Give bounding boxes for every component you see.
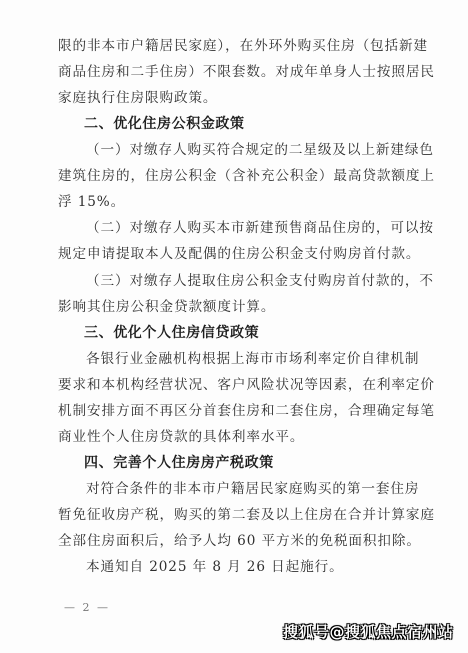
text-line: 各银行业金融机构根据上海市市场利率定价自律机制 [86,348,394,370]
document-page: 限的非本市户籍居民家庭），在外环外购买住房（包括新建商品住房和二手住房）不限套数… [0,0,468,653]
section-heading: 二、优化住房公积金政策 [84,113,245,135]
text-line: 限的非本市户籍居民家庭），在外环外购买住房（包括新建 [58,35,394,57]
text-line: 暂免征收房产税，购买的第二套及以上住房在合并计算家庭 [58,504,394,526]
text-line: 商业性个人住房贷款的具体利率水平。 [58,426,394,448]
section-heading: 三、优化个人住房信贷政策 [84,322,259,344]
text-line: 全部住房面积后，给予人均 60 平方米的免税面积扣除。 [58,530,394,552]
text-line: 家庭执行住房限购政策。 [58,87,394,109]
text-line: 建筑住房的，住房公积金（含补充公积金）最高贷款额度上 [58,165,394,187]
watermark: 搜狐号@搜狐焦点宿州站 [283,621,454,642]
text-line: （三）对缴存人提取住房公积金支付购房首付款的，不 [86,270,394,292]
text-line: 规定申请提取本人及配偶的住房公积金支付购房首付款。 [58,243,394,265]
section-heading: 四、完善个人住房房产税政策 [84,452,274,474]
text-line: 本通知自 2025 年 8 月 26 日起施行。 [86,556,394,578]
text-line: （一）对缴存人购买符合规定的二星级及以上新建绿色 [86,139,394,161]
text-line: 机制安排方面不再区分首套住房和二套住房，合理确定每笔 [58,400,394,422]
text-line: 对符合条件的非本市户籍居民家庭购买的第一套住房 [86,478,394,500]
text-line: 影响其住房公积金贷款额度计算。 [58,296,394,318]
text-line: 浮 15%。 [58,191,394,213]
page-number: — 2 — [64,601,110,614]
text-line: 要求和本机构经营状况、客户风险状况等因素，在利率定价 [58,374,394,396]
text-line: 商品住房和二手住房）不限套数。对成年单身人士按照居民 [58,61,394,83]
text-line: （二）对缴存人购买本市新建预售商品住房的，可以按 [86,217,394,239]
